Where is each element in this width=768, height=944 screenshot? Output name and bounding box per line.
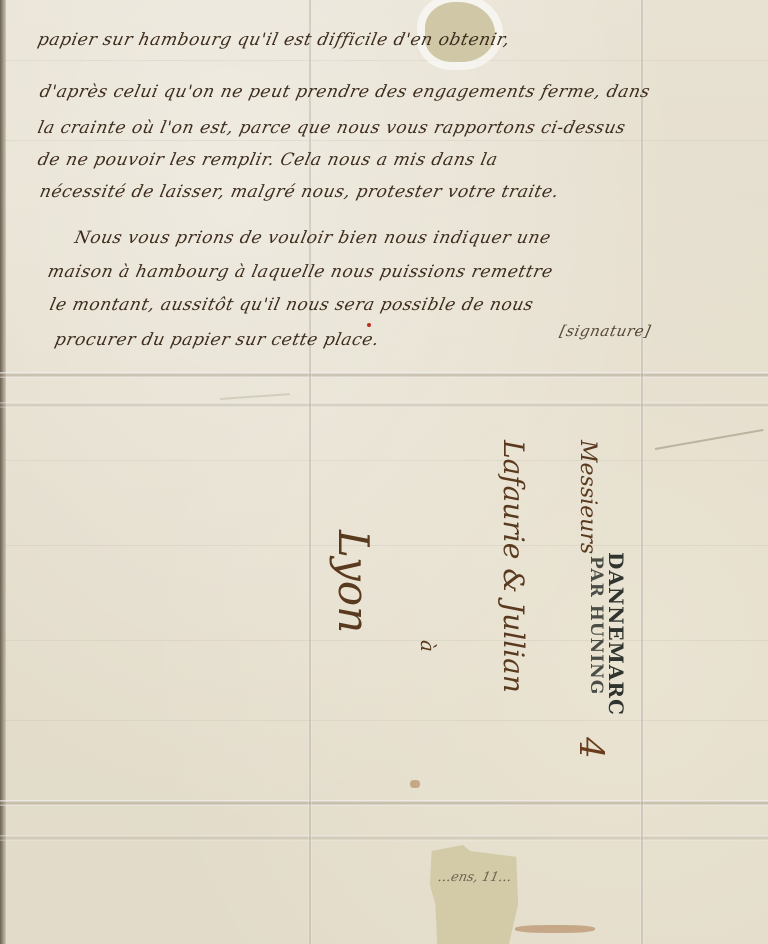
horizontal-fold — [0, 800, 768, 806]
letter-line: procurer du papier sur cette place. — [53, 330, 381, 350]
address-recipient: Lafaurie & Jullian — [497, 440, 530, 693]
address-city: Lyon — [329, 530, 378, 633]
letter-line: Nous vous prions de vouloir bien nous in… — [73, 228, 553, 248]
ink-stain — [515, 925, 595, 933]
postal-handstamp-line2: PAR HUNING — [586, 556, 606, 695]
paper-crease — [220, 393, 290, 400]
paper-chain-line — [0, 640, 768, 641]
letter-line: le montant, aussitôt qu'il nous sera pos… — [48, 295, 536, 315]
paper-chain-line — [0, 60, 768, 61]
paper-chain-line — [0, 720, 768, 721]
red-ink-spot — [367, 323, 371, 327]
letter-line: nécessité de laisser, malgré nous, prote… — [38, 182, 561, 202]
ink-stain — [410, 780, 420, 788]
letter-line: la crainte où l'on est, parce que nous v… — [36, 118, 628, 138]
vertical-fold — [640, 0, 644, 944]
vertical-fold — [308, 0, 312, 944]
address-preposition: à — [416, 640, 440, 652]
letter-line: maison à hambourg à laquelle nous puissi… — [46, 262, 555, 282]
postage-rate-marking: 4 — [571, 737, 611, 759]
postal-handstamp-line1: DANNEMARC — [604, 552, 628, 716]
seal-fragment-text: …ens, 11… — [436, 870, 513, 885]
letter-line: de ne pouvoir les remplir. Cela nous a m… — [36, 150, 500, 170]
paper-chain-line — [0, 140, 768, 141]
address-salutation: Messieurs — [575, 440, 600, 554]
horizontal-crease — [0, 835, 768, 841]
signature: [signature] — [558, 322, 653, 340]
paper-crease — [655, 429, 764, 450]
seal-paper-fragment — [428, 845, 520, 944]
letter-line: papier sur hambourg qu'il est difficile … — [36, 30, 512, 50]
horizontal-crease — [0, 402, 768, 408]
paper-chain-line — [0, 460, 768, 461]
horizontal-fold — [0, 372, 768, 378]
paper-chain-line — [0, 545, 768, 546]
letter-sheet: papier sur hambourg qu'il est difficile … — [0, 0, 768, 944]
letter-line: d'après celui qu'on ne peut prendre des … — [38, 82, 652, 102]
